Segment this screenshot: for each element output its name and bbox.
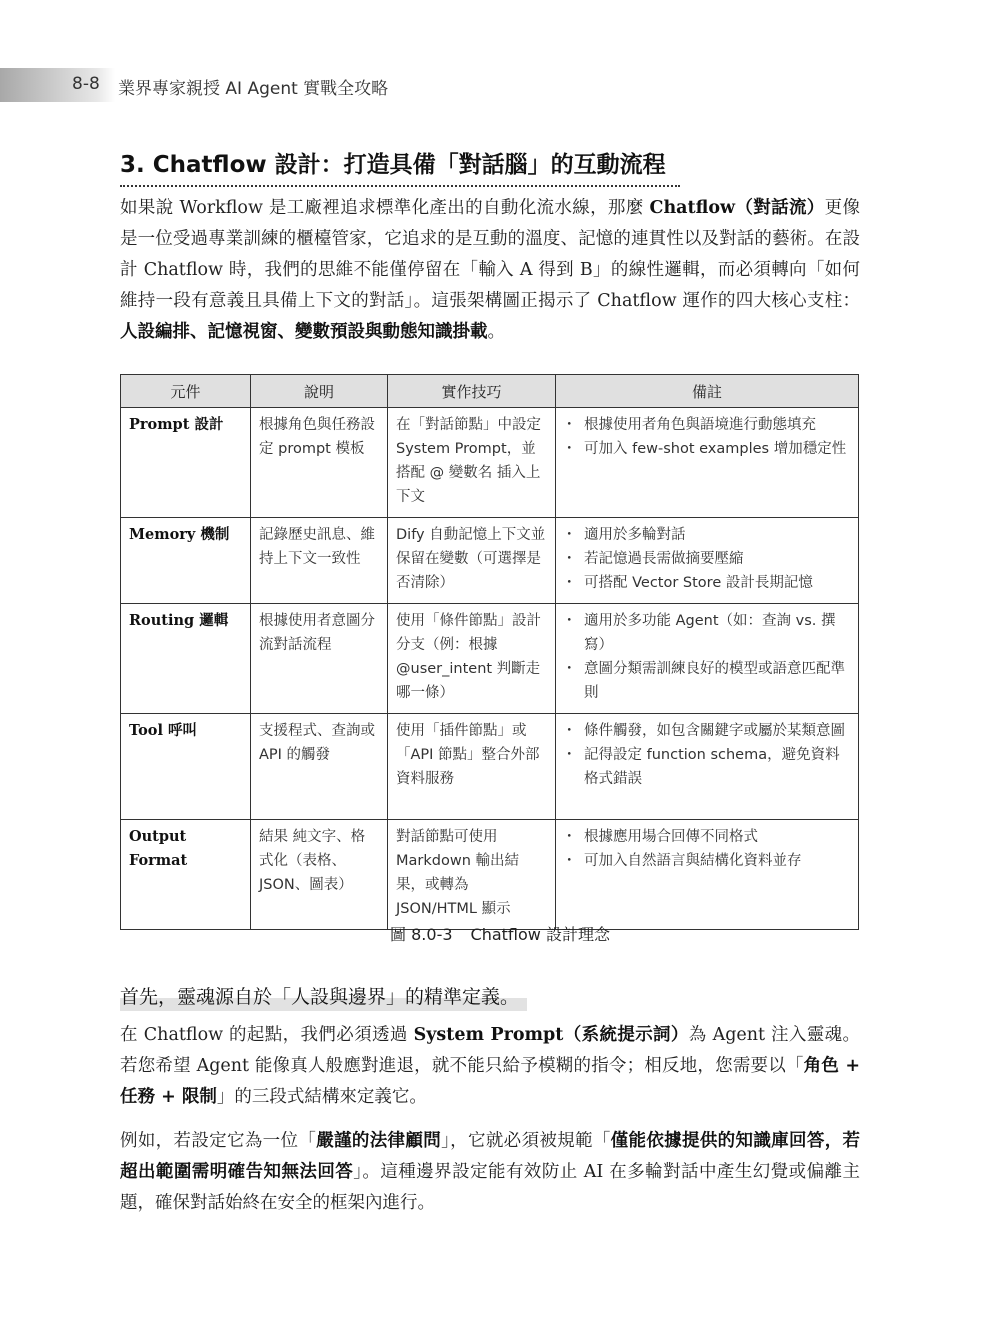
cell-component: Memory 機制	[121, 518, 251, 604]
text-run: 如果說 Workflow 是工廠裡追求標準化產出的自動化流水線，那麼	[120, 198, 650, 218]
cell-technique: Dify 自動記憶上下文並保留在變數（可選擇是否清除）	[388, 518, 556, 604]
body-paragraph: 在 Chatflow 的起點，我們必須透過 System Prompt（系統提示…	[120, 1020, 860, 1113]
table-row: Tool 呼叫 支援程式、查詢或 API 的觸發 使用「插件節點」或「API 節…	[121, 714, 859, 820]
table-row: Memory 機制 記錄歷史訊息、維持上下文一致性 Dify 自動記憶上下文並保…	[121, 518, 859, 604]
book-title: 業界專家親授 AI Agent 實戰全攻略	[118, 74, 388, 99]
column-header-notes: 備註	[556, 375, 859, 408]
highlighted-subheading: 首先，靈魂源自於「人設與邊界」的精準定義。	[120, 982, 527, 1011]
running-head: 8-8 業界專家親授 AI Agent 實戰全攻略	[0, 68, 520, 102]
bold-term: System Prompt（系統提示詞）	[414, 1025, 689, 1045]
column-header-component: 元件	[121, 375, 251, 408]
page-number: 8-8	[72, 74, 100, 94]
bold-term: 人設編排、記憶視窗、變數預設與動態知識掛載	[120, 322, 488, 342]
text-run: 」的三段式結構來定義它。	[217, 1087, 427, 1107]
cell-component: Prompt 設計	[121, 408, 251, 518]
notes-list: 適用於多功能 Agent（如：查詢 vs. 撰寫） 意圖分類需訓練良好的模型或語…	[564, 609, 850, 705]
cell-description: 結果 純文字、格式化（表格、JSON、圖表）	[251, 820, 388, 930]
cell-description: 支援程式、查詢或 API 的觸發	[251, 714, 388, 820]
note-item: 適用於多輪對話	[564, 523, 850, 547]
cell-component: Tool 呼叫	[121, 714, 251, 820]
table-row: Routing 邏輯 根據使用者意圖分流對話流程 使用「條件節點」設計分支（例：…	[121, 604, 859, 714]
cell-description: 記錄歷史訊息、維持上下文一致性	[251, 518, 388, 604]
bold-term: 嚴謹的法律顧問	[316, 1131, 441, 1151]
notes-list: 條件觸發，如包含關鍵字或屬於某類意圖 記得設定 function schema，…	[564, 719, 850, 791]
cell-notes: 根據使用者角色與語境進行動態填充 可加入 few-shot examples 增…	[556, 408, 859, 518]
figure-caption: 圖 8.0-3Chatflow 設計理念	[0, 922, 1000, 945]
note-item: 條件觸發，如包含關鍵字或屬於某類意圖	[564, 719, 850, 743]
bold-term: Chatflow（對話流）	[650, 198, 825, 218]
notes-list: 適用於多輪對話 若記憶過長需做摘要壓縮 可搭配 Vector Store 設計長…	[564, 523, 850, 595]
section-heading: 3. Chatflow 設計：打造具備「對話腦」的互動流程	[120, 146, 680, 187]
note-item: 根據應用場合回傳不同格式	[564, 825, 850, 849]
cell-notes: 適用於多輪對話 若記憶過長需做摘要壓縮 可搭配 Vector Store 設計長…	[556, 518, 859, 604]
note-item: 可加入 few-shot examples 增加穩定性	[564, 437, 850, 461]
cell-notes: 根據應用場合回傳不同格式 可加入自然語言與結構化資料並存	[556, 820, 859, 930]
notes-list: 根據應用場合回傳不同格式 可加入自然語言與結構化資料並存	[564, 825, 850, 873]
note-item: 意圖分類需訓練良好的模型或語意匹配準則	[564, 657, 850, 705]
table-row: Output Format 結果 純文字、格式化（表格、JSON、圖表） 對話節…	[121, 820, 859, 930]
note-item: 根據使用者角色與語境進行動態填充	[564, 413, 850, 437]
cell-notes: 適用於多功能 Agent（如：查詢 vs. 撰寫） 意圖分類需訓練良好的模型或語…	[556, 604, 859, 714]
body-paragraph: 例如，若設定它為一位「嚴謹的法律顧問」，它就必須被規範「僅能依據提供的知識庫回答…	[120, 1126, 860, 1219]
text-run: 在 Chatflow 的起點，我們必須透過	[120, 1025, 414, 1045]
note-item: 記得設定 function schema，避免資料格式錯誤	[564, 743, 850, 791]
table-row: Prompt 設計 根據角色與任務設定 prompt 模板 在「對話節點」中設定…	[121, 408, 859, 518]
cell-technique: 在「對話節點」中設定 System Prompt，並搭配 @ 變數名 插入上下文	[388, 408, 556, 518]
note-item: 若記憶過長需做摘要壓縮	[564, 547, 850, 571]
cell-technique: 使用「條件節點」設計分支（例：根據 @user_intent 判斷走哪一條）	[388, 604, 556, 714]
cell-technique: 使用「插件節點」或「API 節點」整合外部資料服務	[388, 714, 556, 820]
table-header-row: 元件 說明 實作技巧 備註	[121, 375, 859, 408]
cell-technique: 對話節點可使用 Markdown 輸出結果，或轉為 JSON/HTML 顯示	[388, 820, 556, 930]
text-run: 。	[488, 322, 506, 342]
cell-component: Output Format	[121, 820, 251, 930]
figure-number: 圖 8.0-3	[390, 925, 453, 944]
note-item: 可搭配 Vector Store 設計長期記憶	[564, 571, 850, 595]
note-item: 適用於多功能 Agent（如：查詢 vs. 撰寫）	[564, 609, 850, 657]
text-run: 例如，若設定它為一位「	[120, 1131, 316, 1151]
figure-title: Chatflow 設計理念	[471, 925, 610, 944]
cell-description: 根據使用者意圖分流對話流程	[251, 604, 388, 714]
cell-description: 根據角色與任務設定 prompt 模板	[251, 408, 388, 518]
column-header-technique: 實作技巧	[388, 375, 556, 408]
cell-component: Routing 邏輯	[121, 604, 251, 714]
column-header-description: 說明	[251, 375, 388, 408]
chatflow-design-table: 元件 說明 實作技巧 備註 Prompt 設計 根據角色與任務設定 prompt…	[120, 374, 859, 930]
intro-paragraph: 如果說 Workflow 是工廠裡追求標準化產出的自動化流水線，那麼 Chatf…	[120, 193, 860, 348]
note-item: 可加入自然語言與結構化資料並存	[564, 849, 850, 873]
cell-notes: 條件觸發，如包含關鍵字或屬於某類意圖 記得設定 function schema，…	[556, 714, 859, 820]
text-run: 」，它就必須被規範「	[441, 1131, 611, 1151]
notes-list: 根據使用者角色與語境進行動態填充 可加入 few-shot examples 增…	[564, 413, 850, 461]
